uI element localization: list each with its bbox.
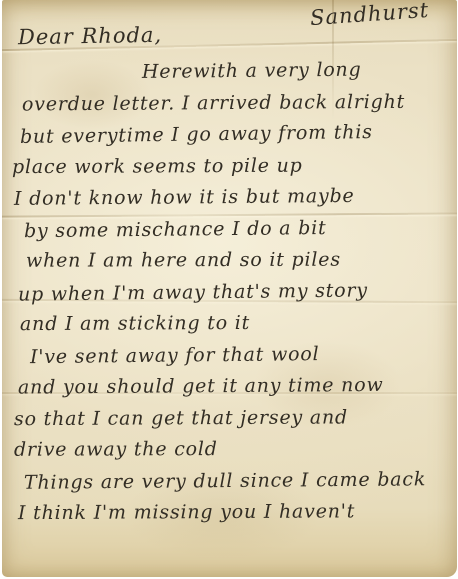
letter-place: Sandhurst [309,0,430,30]
letter-paper: Sandhurst Dear Rhoda, Herewith a very lo… [2,0,457,577]
letter-line: I don't know how it is but maybe [12,180,451,215]
letter-line: drive away the cold [12,433,451,466]
letter-line: by some mischance I do a bit [12,211,451,247]
letter-line: up when I'm away that's my story [12,274,451,311]
letter-line: and I am sticking to it [12,307,451,341]
letter-line: so that I can get that jersey and [12,401,451,435]
letter-line: and you should get it any time now [12,369,451,404]
letter-line: I think I'm missing you I haven't [12,496,451,530]
letter-line: Herewith a very long [12,54,451,90]
letter-line: when I am here and so it piles [12,244,451,277]
letter-scan: Sandhurst Dear Rhoda, Herewith a very lo… [0,0,458,579]
letter-line: Things are very dull since I came back [12,464,451,499]
letter-line: overdue letter. I arrived back alright [12,86,451,121]
letter-body: Herewith a very longoverdue letter. I ar… [12,56,451,529]
letter-line: place work seems to pile up [12,149,451,183]
letter-salutation: Dear Rhoda, [18,23,163,50]
letter-line: I've sent away for that wool [12,337,451,373]
letter-line: but everytime I go away from this [12,116,451,154]
